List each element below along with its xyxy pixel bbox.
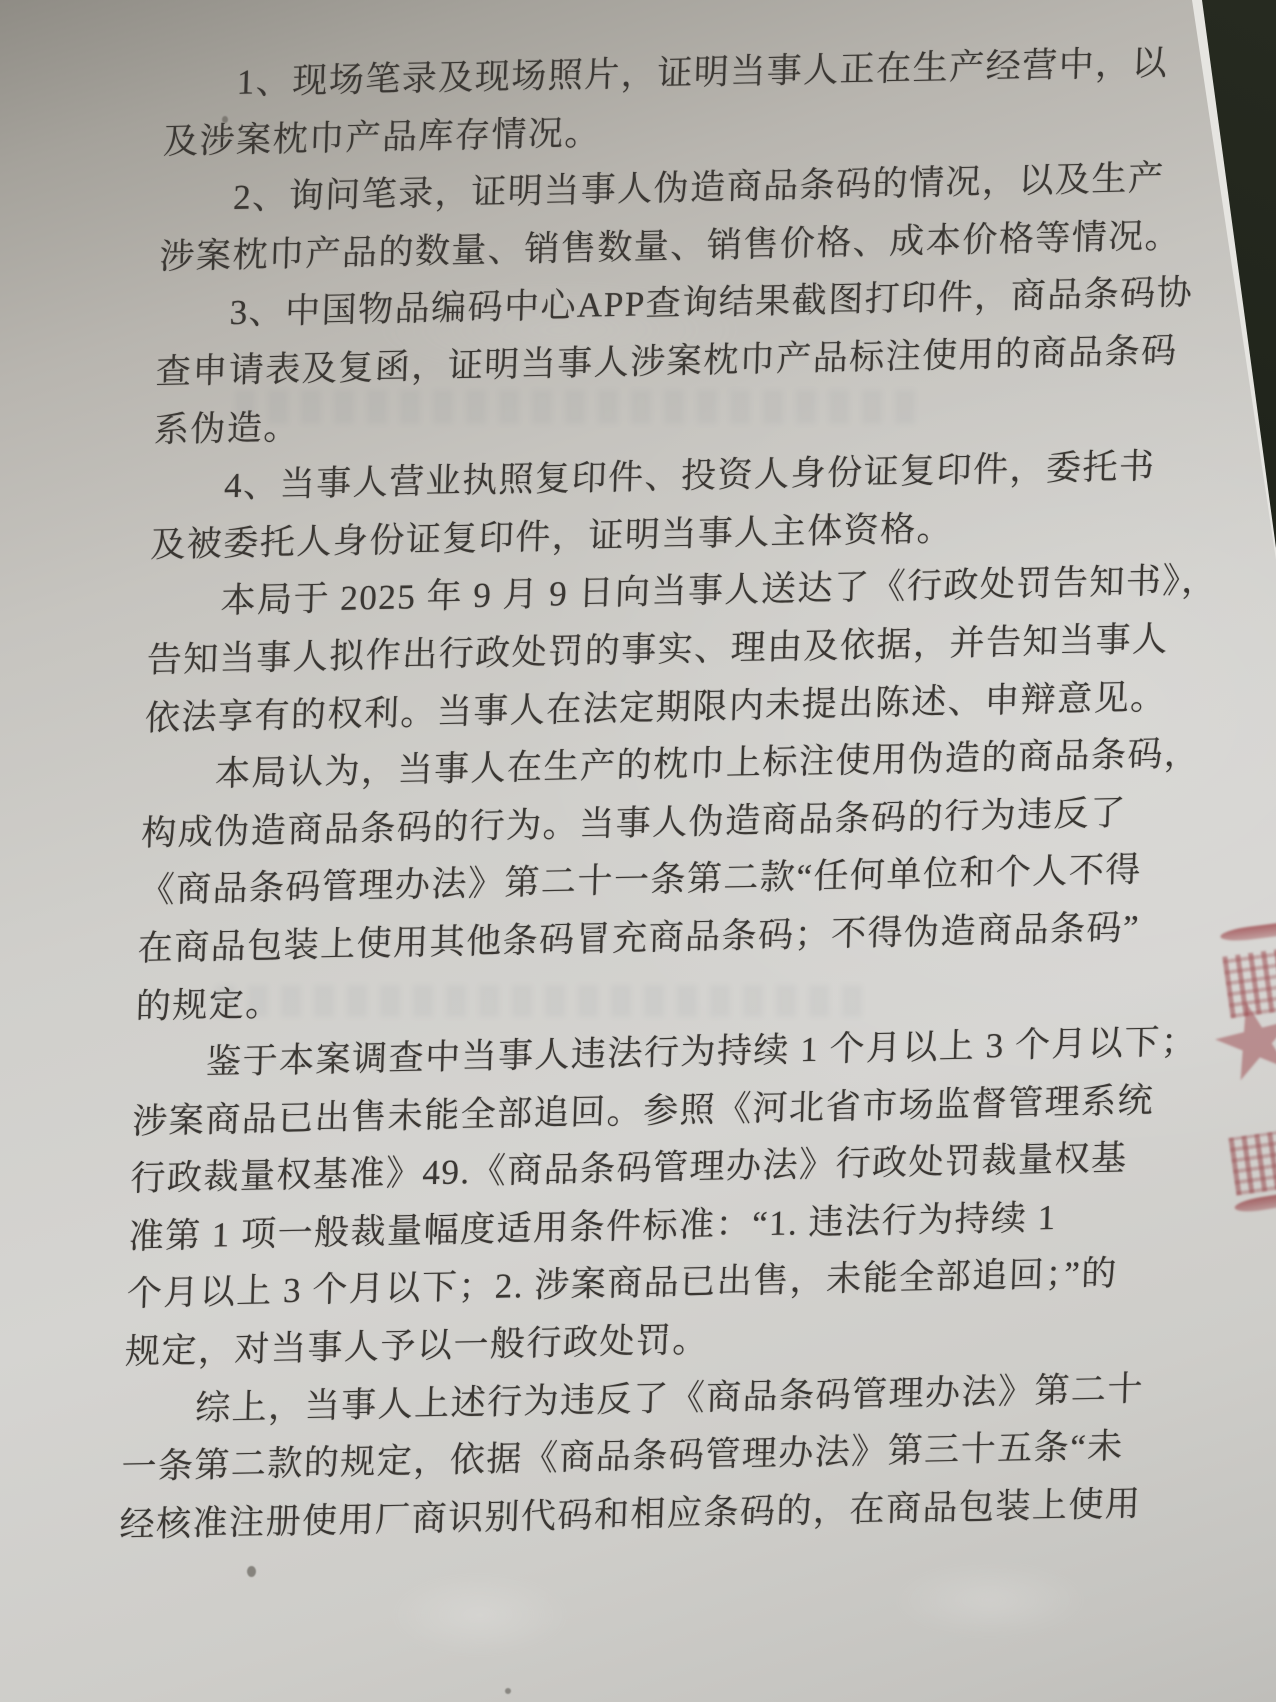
seal-arc-top [1220, 914, 1276, 943]
star-icon: ★ [1199, 980, 1276, 1101]
ink-speck [247, 1566, 256, 1577]
document-text: 1、现场笔录及现场照片，证明当事人正在生产经营中，以及涉案枕巾产品库存情况。2、… [0, 0, 1276, 1557]
ink-speck [222, 116, 228, 123]
paper-wrinkle [860, 1550, 1120, 1650]
seal-characters-lower [1229, 1122, 1276, 1195]
paper-sheet: 1、现场笔录及现场照片，证明当事人正在生产经营中，以及涉案枕巾产品库存情况。2、… [0, 0, 1276, 1702]
paper-wrinkle [360, 1560, 600, 1670]
official-seal-stamp: ★ [1170, 900, 1276, 1240]
photo-scene: 1、现场笔录及现场照片，证明当事人正在生产经营中，以及涉案枕巾产品库存情况。2、… [0, 0, 1276, 1702]
ink-speck [505, 1688, 511, 1694]
